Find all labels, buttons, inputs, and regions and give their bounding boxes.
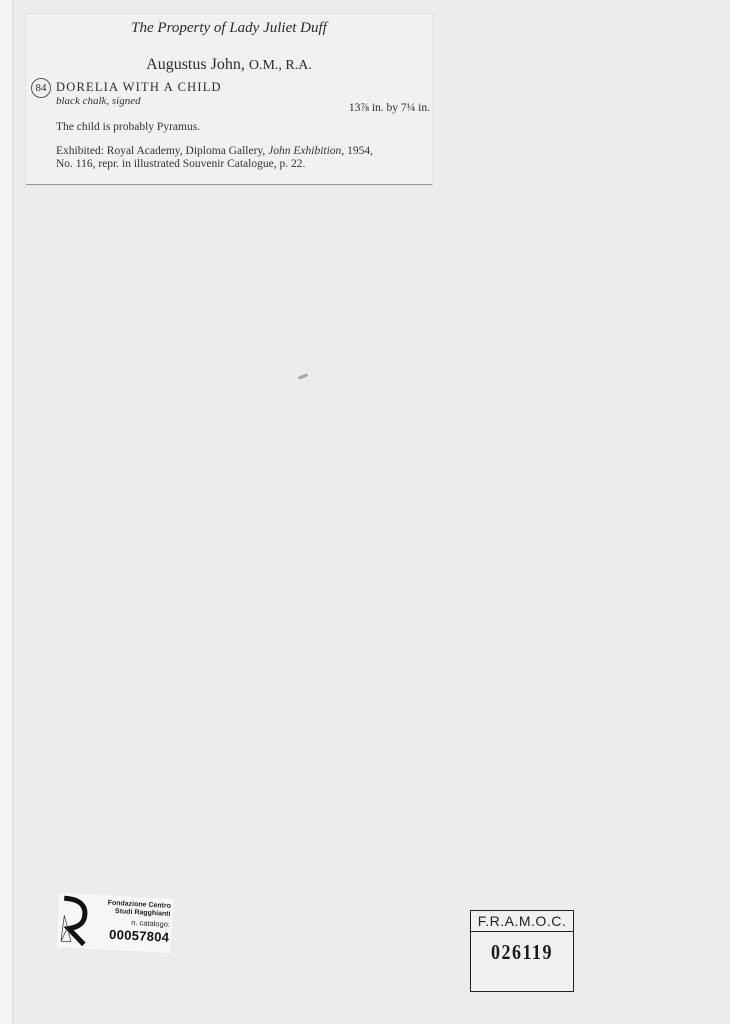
page-edge bbox=[0, 0, 13, 1024]
catalog-number: 00057804 bbox=[93, 926, 170, 945]
exhibition-title: John Exhibition bbox=[268, 145, 341, 157]
catalogue-clipping: The Property of Lady Juliet Duff Augustu… bbox=[26, 14, 432, 185]
catalog-label: Fondazione Centro Studi Ragghianti n. ca… bbox=[57, 893, 174, 953]
framoc-number: 026119 bbox=[471, 940, 573, 965]
medium: black chalk, signed bbox=[56, 95, 141, 107]
provenance-title: The Property of Lady Juliet Duff bbox=[26, 20, 432, 37]
catalog-label-text: Fondazione Centro Studi Ragghianti n. ca… bbox=[93, 899, 171, 945]
exhibited-prefix: Exhibited: Royal Academy, Diploma Galler… bbox=[56, 145, 268, 157]
artist-heading: Augustus John, O.M., R.A. bbox=[26, 56, 432, 74]
exhibition-history: Exhibited: Royal Academy, Diploma Galler… bbox=[56, 145, 426, 171]
lot-title: DORELIA WITH A CHILD bbox=[56, 80, 222, 95]
artist-honours: O.M., R.A. bbox=[249, 58, 312, 73]
artist-name: Augustus John, bbox=[146, 56, 245, 73]
ragghianti-r-logo-icon bbox=[59, 895, 90, 946]
framoc-stamp: F.R.A.M.O.C. 026119 bbox=[470, 910, 574, 992]
framoc-header: F.R.A.M.O.C. bbox=[471, 911, 573, 932]
lot-note: The child is probably Pyramus. bbox=[56, 121, 200, 133]
exhibited-year: , 1954, bbox=[341, 145, 373, 157]
lot-number: 84 bbox=[31, 78, 51, 98]
exhibited-reference: No. 116, repr. in illustrated Souvenir C… bbox=[56, 158, 305, 170]
ink-smudge bbox=[298, 373, 308, 379]
dimensions: 13⅞ in. by 7¼ in. bbox=[349, 102, 430, 114]
